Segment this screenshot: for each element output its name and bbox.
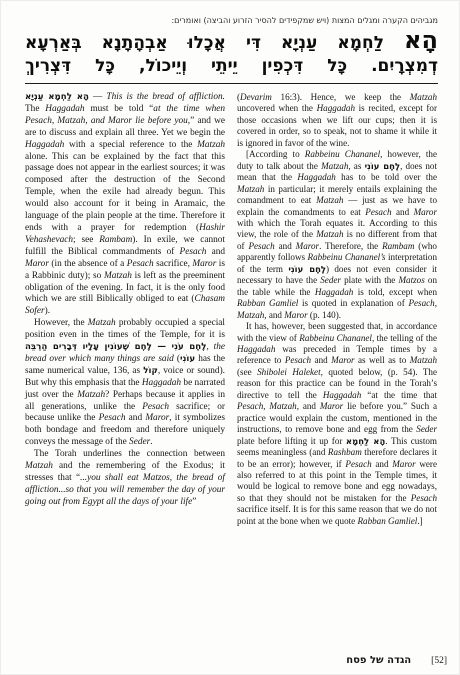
commentary-paragraph: הָא לַחְמָא עַנְיָא — This is the bread … — [25, 92, 225, 318]
hebrew-term: לֶחֶם עֹנִי — לֶחֶם שֶׁעוֹנִין עָלָיו דְ… — [25, 342, 206, 352]
hebrew-term: לֶחֶם עוֹנִי — [365, 161, 401, 171]
italic-term: Matzah — [77, 390, 105, 400]
italic-term: Haggadah — [315, 287, 353, 297]
italic-term: Rashbam — [328, 447, 362, 457]
italic-term: Pesach — [345, 459, 371, 469]
italic-term: Matzah — [237, 184, 264, 194]
commentary-left-column: הָא לַחְמָא עַנְיָא — This is the bread … — [25, 92, 225, 527]
italic-term: Rambam — [382, 241, 414, 251]
footer-book-title: הגדה של פסח — [346, 655, 411, 666]
italic-term: Maror — [320, 401, 343, 411]
italic-term: Pesach — [142, 402, 169, 412]
hebrew-passage-line-2: דְמִצְרָיִם. כָּל דִּכְפִין יֵיתֵי וְיֵי… — [25, 55, 438, 78]
italic-term: This is the bread of affliction. — [106, 92, 225, 102]
italic-term: Matzah — [410, 355, 437, 365]
italic-term: Matzah — [197, 140, 225, 150]
commentary-paragraph: It has, however, been suggested that, in… — [237, 321, 437, 527]
hebrew-term: קוֹל — [143, 366, 158, 376]
page-footer: הגדה של פסח [52] — [346, 655, 447, 666]
italic-term: Matzah — [237, 310, 264, 320]
italic-term: Matzah — [316, 229, 343, 239]
section-divider-rule — [25, 83, 438, 84]
italic-term: Maror — [414, 207, 437, 217]
italic-term: Rabbeinu Chananel’s — [308, 252, 386, 262]
italic-term: Haggadah — [323, 390, 361, 400]
commentary-right-column: (Devarim 16:3). Hence, we keep the Matza… — [237, 92, 437, 527]
italic-term: Devarim — [240, 92, 272, 102]
italic-term: Matzah — [321, 161, 348, 171]
italic-term: Rabban Gamliel — [357, 516, 417, 526]
hebrew-term: הָא לַחְמָא עַנְיָא — [25, 92, 89, 102]
hebrew-lead-word: הָא — [404, 26, 438, 54]
italic-term: Pesach — [408, 298, 434, 308]
italic-term: Rabban Gamliel — [237, 298, 298, 308]
italic-term: Haggadah — [297, 172, 335, 182]
italic-term: Pesach — [248, 241, 274, 251]
italic-term: Matzos — [398, 275, 424, 285]
italic-term: Matzah — [104, 271, 132, 281]
italic-term: Maror — [296, 241, 319, 251]
italic-term: Maror — [331, 355, 354, 365]
italic-term: Maror — [192, 259, 216, 269]
italic-term: Pesach — [127, 259, 154, 269]
italic-term: Maror — [392, 459, 415, 469]
hebrew-term: לֶחֶם עוֹנִי — [288, 264, 326, 274]
italic-term: Haggadah — [142, 378, 181, 388]
italic-term: Matzah — [25, 461, 53, 471]
italic-term: Pesach — [411, 493, 437, 503]
italic-term: Pesach — [180, 247, 207, 257]
italic-term: Shibolei Haleket — [257, 367, 321, 377]
hebrew-term: עוֹנִי — [180, 354, 195, 364]
commentary-section: הָא לַחְמָא עַנְיָא — This is the bread … — [25, 92, 438, 527]
hebrew-passage: הָא לַחְמָא עַנְיָא דִּי אֲכָלוּ אַבְהָת… — [25, 29, 438, 78]
italic-term: Rabbeinu Chananel — [305, 149, 380, 159]
italic-term: Matzah — [88, 318, 116, 328]
italic-term: Matzah — [316, 195, 343, 205]
italic-term: Matzah — [269, 401, 296, 411]
hebrew-line-1-text: לַחְמָא עַנְיָא דִּי אֲכָלוּ אַבְהָתָנָא… — [25, 33, 384, 53]
italic-term: Matzah — [410, 92, 437, 102]
italic-term: Maror — [284, 310, 307, 320]
commentary-paragraph: However, the Matzah probably occupied a … — [25, 318, 225, 449]
commentary-paragraph: The Torah underlines the connection betw… — [25, 449, 225, 509]
italic-term: Haggadah — [317, 103, 355, 113]
italic-term: ...you shall eat Matzos, the bread of af… — [25, 473, 225, 507]
italic-term: Pesach — [285, 355, 311, 365]
haggadah-page: מגביהים הקערה ומגלים המצות (ויש שמקפידים… — [0, 0, 460, 675]
italic-term: Maror — [145, 413, 169, 423]
italic-term: Seder — [320, 275, 341, 285]
italic-term: Haggadah — [237, 344, 275, 354]
italic-term: Seder — [129, 437, 150, 447]
hebrew-passage-line-1: הָא לַחְמָא עַנְיָא דִּי אֲכָלוּ אַבְהָת… — [25, 29, 438, 55]
italic-term: Haggadah — [25, 140, 64, 150]
italic-term: Pesach — [237, 401, 263, 411]
commentary-paragraph: [According to Rabbeinu Chananel, however… — [237, 149, 437, 321]
commentary-paragraph: (Devarim 16:3). Hence, we keep the Matza… — [237, 92, 437, 149]
italic-term: Haggadah — [45, 104, 84, 114]
footer-page-number: [52] — [431, 656, 447, 666]
italic-term: Rambam — [99, 235, 132, 245]
hebrew-term: הָא לַחְמָא — [346, 436, 385, 446]
italic-term: Pesach — [365, 207, 391, 217]
italic-term: Rabbeinu Chananel — [299, 333, 372, 343]
italic-term: Chasam Sofer — [25, 294, 225, 316]
italic-term: Maror — [25, 259, 49, 269]
italic-term: Pesach — [99, 413, 126, 423]
italic-term: Seder — [416, 424, 437, 434]
ritual-instruction-line: מגביהים הקערה ומגלים המצות (ויש שמקפידים… — [25, 16, 438, 25]
